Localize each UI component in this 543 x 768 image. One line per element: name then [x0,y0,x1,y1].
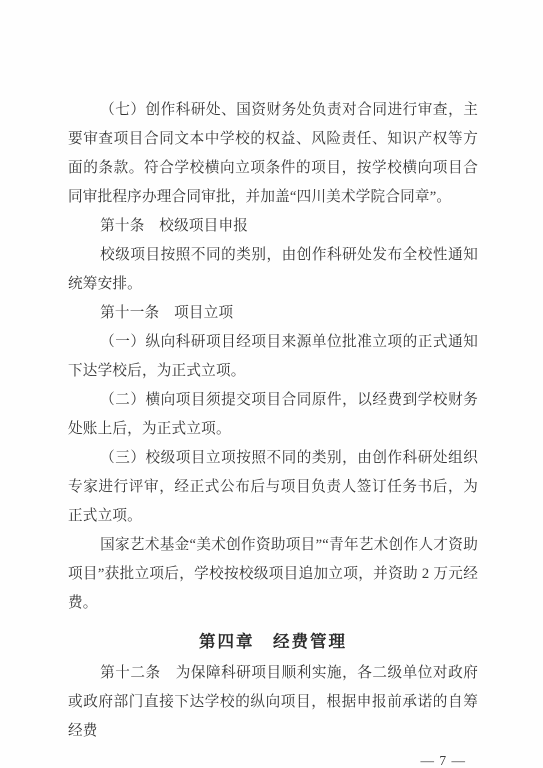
paragraph-item-1-vertical-projects: （一）纵向科研项目经项目来源单位批准立项的正式通知下达学校后，为正式立项。 [68,328,478,386]
page-number: — 7 — [68,746,478,768]
chapter-heading-4-funds-management: 第四章 经费管理 [68,629,478,655]
paragraph-item-2-horizontal-projects: （二）横向项目须提交项目合同原件，以经费到学校财务处账上后，为正式立项。 [68,386,478,444]
paragraph-contract-review: （七）创作科研处、国资财务处负责对合同进行审查，主要审查项目合同文本中学校的权益… [68,96,478,212]
paragraph-national-art-fund: 国家艺术基金“美术创作资助项目”“青年艺术创作人才资助项目”获批立项后，学校按校… [68,531,478,618]
paragraph-article-12-funding: 第十二条 为保障科研项目顺利实施，各二级单位对政府或政府部门直接下达学校的纵向项… [68,659,478,746]
article-heading-10: 第十条 校级项目申报 [68,212,478,241]
paragraph-school-project-application: 校级项目按照不同的类别，由创作科研处发布全校性通知统筹安排。 [68,241,478,299]
paragraph-item-3-school-projects: （三）校级项目立项按照不同的类别，由创作科研处组织专家进行评审，经正式公布后与项… [68,444,478,531]
article-heading-11: 第十一条 项目立项 [68,299,478,328]
document-body: （七）创作科研处、国资财务处负责对合同进行审查，主要审查项目合同文本中学校的权益… [68,96,478,768]
document-page: （七）创作科研处、国资财务处负责对合同进行审查，主要审查项目合同文本中学校的权益… [0,0,543,768]
